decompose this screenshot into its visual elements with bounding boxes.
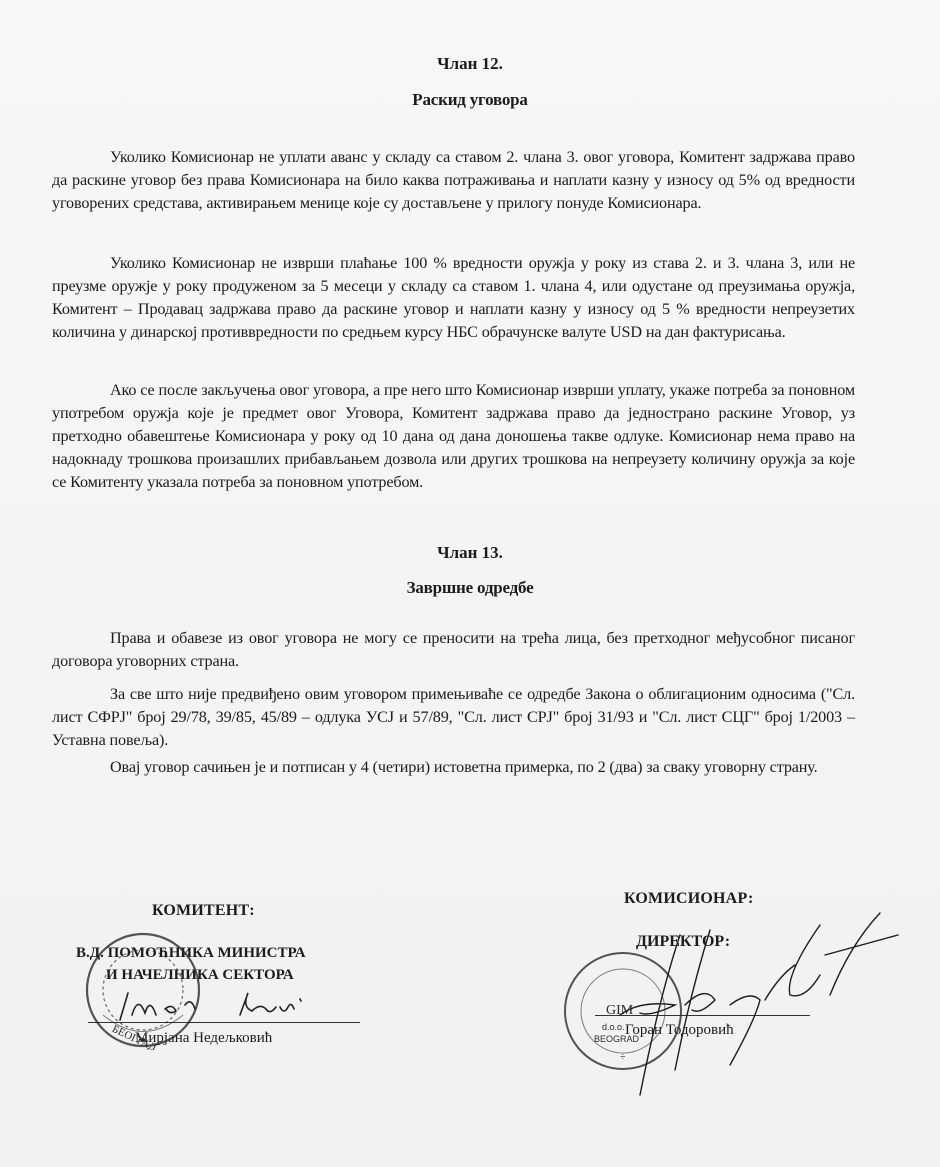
- article-12-paragraph-1: Уколико Комисионар не уплати аванс у скл…: [52, 146, 855, 215]
- article-13-title: Завршне одредбе: [0, 578, 940, 598]
- article-12-paragraph-3: Ако се после закључења овог уговора, а п…: [52, 379, 855, 494]
- article-12-number: Члан 12.: [0, 54, 940, 74]
- right-handwritten-signature-icon: [580, 905, 900, 1110]
- article-13-paragraph-3: Овај уговор сачињен је и потписан у 4 (ч…: [52, 756, 855, 779]
- article-13-number: Члан 13.: [0, 543, 940, 563]
- document-page: Члан 12. Раскид уговора Уколико Комисион…: [0, 0, 940, 1167]
- article-12-title: Раскид уговора: [0, 90, 940, 110]
- article-13-paragraph-2: За све што није предвиђено овим уговором…: [52, 683, 855, 752]
- article-13-paragraph-1: Права и обавезе из овог уговора не могу …: [52, 627, 855, 673]
- left-party-label: КОМИТЕНТ:: [152, 902, 255, 920]
- article-12-paragraph-2: Уколико Комисионар не изврши плаћање 100…: [52, 252, 855, 344]
- left-handwritten-signature-icon: [110, 985, 390, 1025]
